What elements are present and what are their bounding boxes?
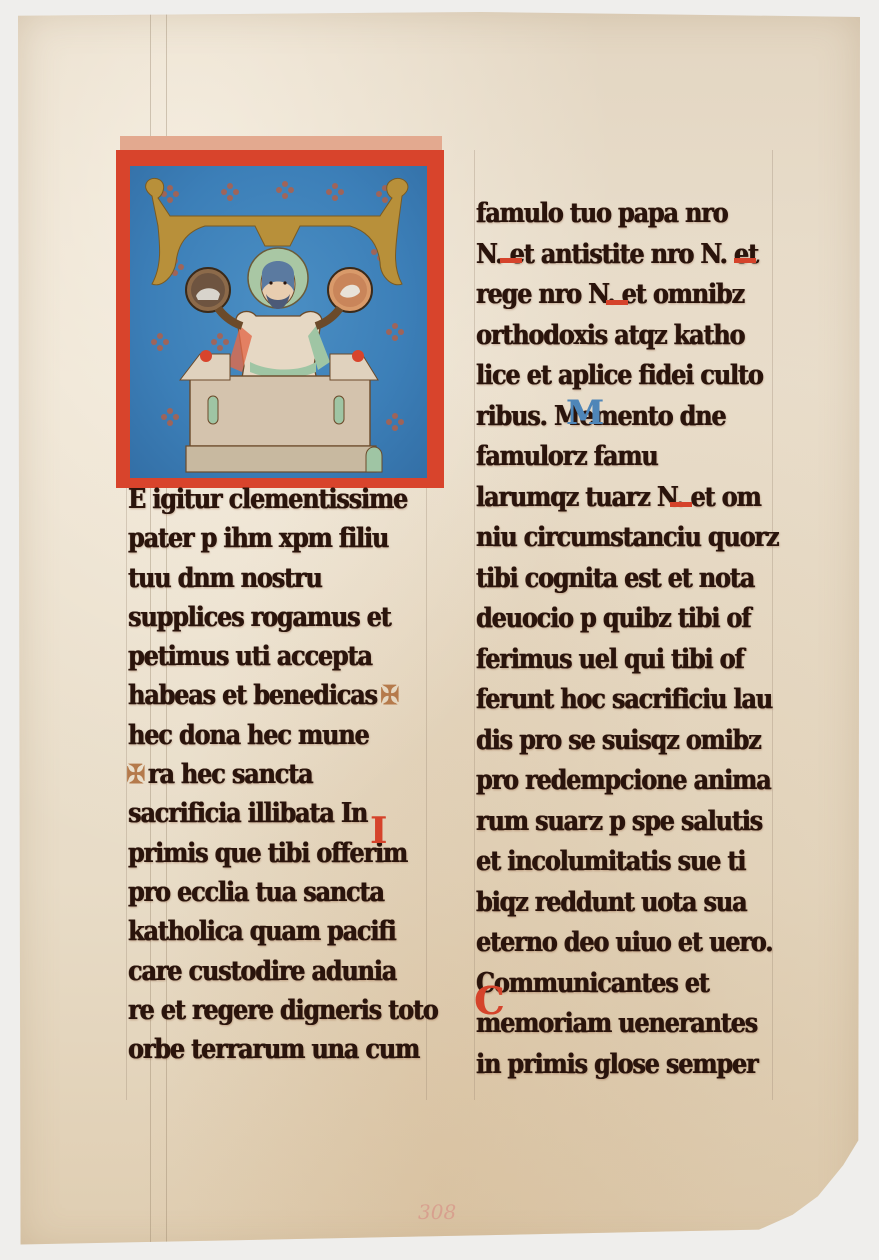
rubric-n-mark xyxy=(606,300,628,305)
text-line: dis pro se suisqz omibz xyxy=(476,721,749,762)
text-line-with-cross: hec dona hec mune xyxy=(128,716,392,755)
text-segment: ra hec sancta xyxy=(148,759,312,790)
text-line: memoriam uenerantes xyxy=(476,1004,749,1045)
foliation-mark: 308 xyxy=(418,1200,456,1224)
text-line: orthodoxis atqz katho xyxy=(476,316,749,357)
text-line: orbe terrarum una cum xyxy=(128,1030,392,1069)
text-line: rege nro N. et omnibz xyxy=(476,275,749,316)
rubric-n-mark xyxy=(670,502,692,507)
text-line: ferunt hoc sacrificiu lau xyxy=(476,680,749,721)
cross-icon: ✠ xyxy=(380,677,398,716)
text-line-with-cross: ✠ra hec sancta xyxy=(128,755,392,794)
text-line: tuu dnm nostru xyxy=(128,559,392,598)
text-line: ferimus uel qui tibi of xyxy=(476,640,749,681)
text-line: lice et aplice fidei culto xyxy=(476,356,749,397)
text-line: ribus. Memento dne xyxy=(476,397,749,438)
text-line: Communicantes et xyxy=(476,964,749,1005)
text-line: famulorz famu xyxy=(476,437,749,478)
text-line: primis que tibi offerim xyxy=(128,834,392,873)
text-line: sacrificia illibata In xyxy=(128,794,392,833)
blue-field xyxy=(130,166,427,478)
right-text-column: famulo tuo papa nro N. et antistite nro … xyxy=(476,194,786,1085)
text-segment: habeas et benedicas xyxy=(128,680,377,711)
red-initial-i: I xyxy=(370,810,387,852)
blue-initial-m: M xyxy=(566,393,604,433)
red-initial-c: C xyxy=(474,978,504,1023)
text-line: katholica quam pacifi xyxy=(128,912,392,951)
text-line: biqz reddunt uota sua xyxy=(476,883,749,924)
text-line: eterno deo uiuo et uero. xyxy=(476,923,749,964)
ruling-line xyxy=(474,150,475,1100)
text-line: care custodire adunia xyxy=(128,952,392,991)
historiated-initial-miniature xyxy=(116,136,444,488)
text-line: pro redempcione anima xyxy=(476,761,749,802)
cross-icon: ✠ xyxy=(126,756,144,795)
rubric-n-mark xyxy=(500,258,522,263)
text-line: N. et antistite nro N. et xyxy=(476,235,749,276)
text-line: famulo tuo papa nro xyxy=(476,194,749,235)
rubric-n-mark xyxy=(734,258,756,263)
christ-enthroned-icon xyxy=(130,166,427,478)
text-line: E igitur clementissime xyxy=(128,480,392,519)
frame-red-border xyxy=(116,150,444,488)
text-line: tibi cognita est et nota xyxy=(476,559,749,600)
text-line: rum suarz p spe salutis xyxy=(476,802,749,843)
text-line: deuocio p quibz tibi of xyxy=(476,599,749,640)
text-line-with-cross: habeas et benedicas✠ xyxy=(128,676,392,715)
text-line: et incolumitatis sue ti xyxy=(476,842,749,883)
text-segment: hec dona hec mune xyxy=(128,720,369,751)
text-line: petimus uti accepta xyxy=(128,637,392,676)
text-line: larumqz tuarz N. et om xyxy=(476,478,749,519)
text-line: pater p ihm xpm filiu xyxy=(128,519,392,558)
text-line: pro ecclia tua sancta xyxy=(128,873,392,912)
text-line: in primis glose semper xyxy=(476,1045,749,1086)
text-line: supplices rogamus et xyxy=(128,598,392,637)
left-text-column: E igitur clementissime pater p ihm xpm f… xyxy=(128,480,428,1069)
text-line: re et regere digneris toto xyxy=(128,991,392,1030)
text-line: niu circumstanciu quorz xyxy=(476,518,749,559)
